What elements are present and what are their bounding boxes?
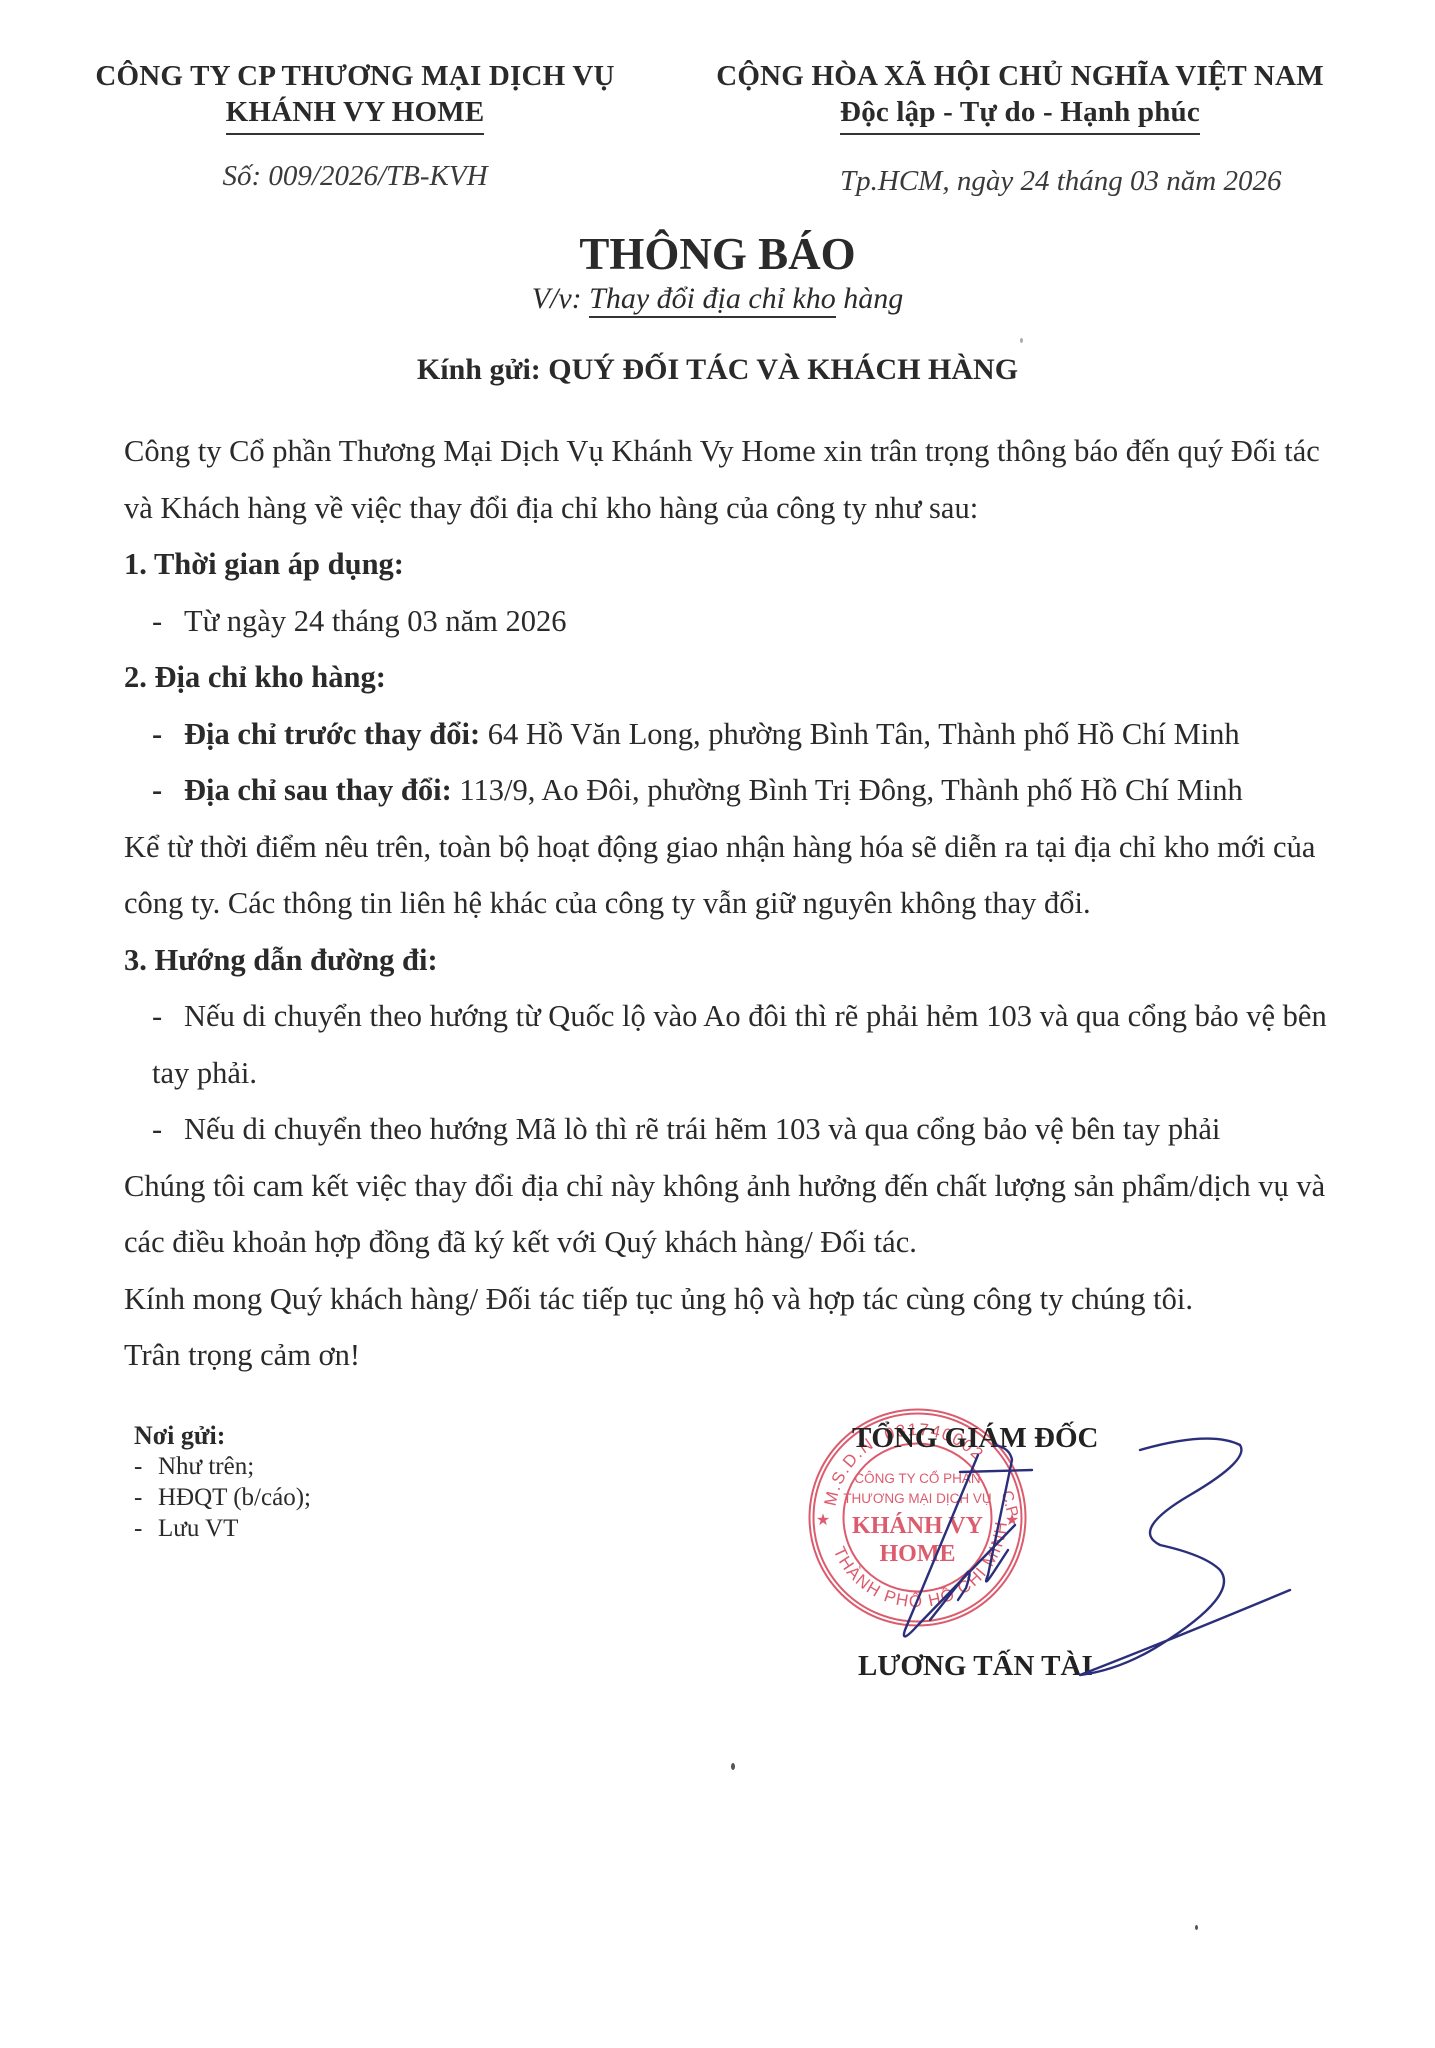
direction-1: -Nếu di chuyển theo hướng từ Quốc lộ vào… [124,988,1384,1045]
bullet-dash: - [152,762,184,819]
scan-speck [1020,338,1023,343]
recipients-block: Nơi gửi: -Như trên; -HĐQT (b/cáo); -Lưu … [134,1420,311,1544]
company-name-line2: KHÁNH VY HOME [226,94,485,135]
document-body: Công ty Cổ phần Thương Mại Dịch Vụ Khánh… [124,423,1384,1384]
subject-suffix: hàng [836,282,904,315]
subject-prefix: V/v: [532,282,589,315]
section-1-heading: 1. Thời gian áp dụng: [124,536,1384,593]
seal-star-left: ★ [816,1512,830,1529]
section-3-heading: 3. Hướng dẫn đường đi: [124,932,1384,989]
bullet-dash: - [152,1101,184,1158]
document-title: THÔNG BÁO [0,228,1435,280]
company-name-line1: CÔNG TY CP THƯƠNG MẠI DỊCH VỤ [60,58,650,94]
recipient-item: -Như trên; [134,1451,311,1482]
country-name: CỘNG HÒA XÃ HỘI CHỦ NGHĨA VIỆT NAM [680,58,1360,94]
place-date: Tp.HCM, ngày 24 tháng 03 năm 2026 [680,165,1360,198]
commitment-line-1: Chúng tôi cam kết việc thay đổi địa chỉ … [124,1158,1384,1215]
direction-2: -Nếu di chuyển theo hướng Mã lò thì rẽ t… [124,1101,1384,1158]
intro-line-2: và Khách hàng về việc thay đổi địa chỉ k… [124,480,1384,537]
intro-line-1: Công ty Cổ phần Thương Mại Dịch Vụ Khánh… [124,423,1384,480]
bullet-dash: - [152,593,184,650]
direction-1-cont: tay phải. [124,1045,1384,1102]
recipient-item: -HĐQT (b/cáo); [134,1482,311,1513]
handwritten-signature-icon [860,1420,1300,1700]
recipient-item: -Lưu VT [134,1513,311,1544]
subject-underlined: Thay đổi địa chỉ kho [589,282,836,318]
national-motto-block: CỘNG HÒA XÃ HỘI CHỦ NGHĨA VIỆT NAM Độc l… [680,58,1360,135]
section-2-heading: 2. Địa chỉ kho hàng: [124,649,1384,706]
addressee: Kính gửi: QUÝ ĐỐI TÁC VÀ KHÁCH HÀNG [0,353,1435,387]
thanks-line: Trân trọng cảm ơn! [124,1327,1384,1384]
commitment-line-2: các điều khoản hợp đồng đã ký kết với Qu… [124,1214,1384,1271]
issuer-block: CÔNG TY CP THƯƠNG MẠI DỊCH VỤ KHÁNH VY H… [60,58,650,135]
national-motto: Độc lập - Tự do - Hạnh phúc [840,94,1200,135]
document-subject: V/v: Thay đổi địa chỉ kho hàng [0,282,1435,316]
section-1-item: -Từ ngày 24 tháng 03 năm 2026 [124,593,1384,650]
recipients-label: Nơi gửi: [134,1420,311,1451]
effective-note-line-1: Kể từ thời điểm nêu trên, toàn bộ hoạt đ… [124,819,1384,876]
new-address: -Địa chỉ sau thay đổi: 113/9, Ao Đôi, ph… [124,762,1384,819]
effective-note-line-2: công ty. Các thông tin liên hệ khác của … [124,875,1384,932]
document-number: Số: 009/2026/TB-KVH [60,160,650,193]
old-address: -Địa chỉ trước thay đổi: 64 Hồ Văn Long,… [124,706,1384,763]
scan-speck [1195,1925,1198,1930]
closing-line: Kính mong Quý khách hàng/ Đối tác tiếp t… [124,1271,1384,1328]
scan-speck [731,1763,735,1770]
bullet-dash: - [152,706,184,763]
bullet-dash: - [152,988,184,1045]
